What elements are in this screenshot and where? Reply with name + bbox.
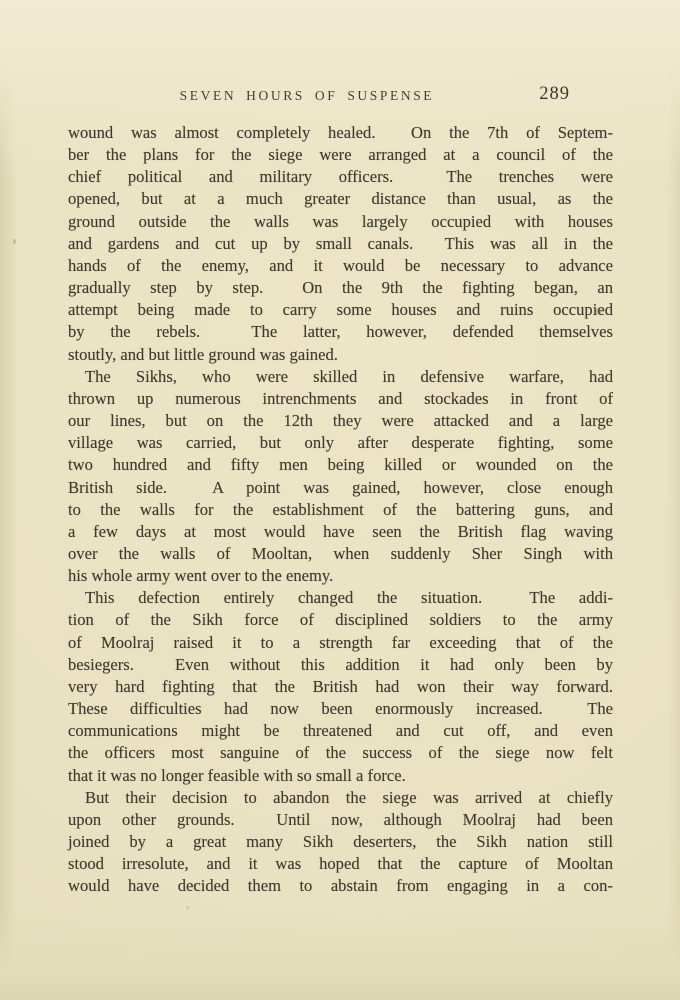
text-line: chief political and military officers. T… (68, 166, 613, 188)
paragraph: This defection entirely changed the situ… (68, 587, 613, 786)
text-line: over the walls of Mooltan, when suddenly… (68, 543, 613, 565)
page-number: 289 (539, 84, 570, 105)
text-line: communications might be threatened and c… (68, 720, 613, 742)
text-line: and gardens and cut up by small canals. … (68, 233, 613, 255)
text-line: stoutly, and but little ground was gaine… (68, 344, 613, 366)
text-line: the officers most sanguine of the succes… (68, 742, 613, 764)
text-line: These difficulties had now been enormous… (68, 698, 613, 720)
text-line: British side. A point was gained, howeve… (68, 477, 613, 499)
running-head: SEVEN HOURS OF SUSPENSE 289 (68, 88, 612, 108)
text-line: tion of the Sikh force of disciplined so… (68, 609, 613, 631)
text-line: of Moolraj raised it to a strength far e… (68, 632, 613, 654)
text-line: attempt being made to carry some houses … (68, 299, 613, 321)
text-line: our lines, but on the 12th they were att… (68, 410, 613, 432)
text-line: that it was no longer feasible with so s… (68, 765, 613, 787)
text-line: by the rebels. The latter, however, defe… (68, 321, 613, 343)
text-line: would have decided them to abstain from … (68, 875, 613, 897)
text-line: ber the plans for the siege were arrange… (68, 144, 613, 166)
paragraph: The Sikhs, who were skilled in defensive… (68, 366, 613, 588)
text-line: his whole army went over to the enemy. (68, 565, 613, 587)
text-line: very hard fighting that the British had … (68, 676, 613, 698)
text-line: hands of the enemy, and it would be nece… (68, 255, 613, 277)
text-line: wound was almost completely healed. On t… (68, 122, 613, 144)
text-line: But their decision to abandon the siege … (68, 787, 613, 809)
paragraph: wound was almost completely healed. On t… (68, 122, 613, 366)
text-line: The Sikhs, who were skilled in defensive… (68, 366, 613, 388)
text-line: village was carried, but only after desp… (68, 432, 613, 454)
text-line: besiegers. Even without this addition it… (68, 654, 613, 676)
text-line: a few days at most would have seen the B… (68, 521, 613, 543)
running-head-title: SEVEN HOURS OF SUSPENSE (180, 88, 434, 104)
paragraph: But their decision to abandon the siege … (68, 787, 613, 898)
page-body: wound was almost completely healed. On t… (68, 122, 613, 897)
text-line: two hundred and fifty men being killed o… (68, 454, 613, 476)
text-line: ground outside the walls was largely occ… (68, 211, 613, 233)
text-line: gradually step by step. On the 9th the f… (68, 277, 613, 299)
text-line: upon other grounds. Until now, although … (68, 809, 613, 831)
text-line: This defection entirely changed the situ… (68, 587, 613, 609)
text-line: thrown up numerous intrenchments and sto… (68, 388, 613, 410)
text-line: to the walls for the establishment of th… (68, 499, 613, 521)
text-line: joined by a great many Sikh deserters, t… (68, 831, 613, 853)
text-line: opened, but at a much greater distance t… (68, 188, 613, 210)
text-line: stood irresolute, and it was hoped that … (68, 853, 613, 875)
book-page: SEVEN HOURS OF SUSPENSE 289 wound was al… (0, 0, 680, 1000)
